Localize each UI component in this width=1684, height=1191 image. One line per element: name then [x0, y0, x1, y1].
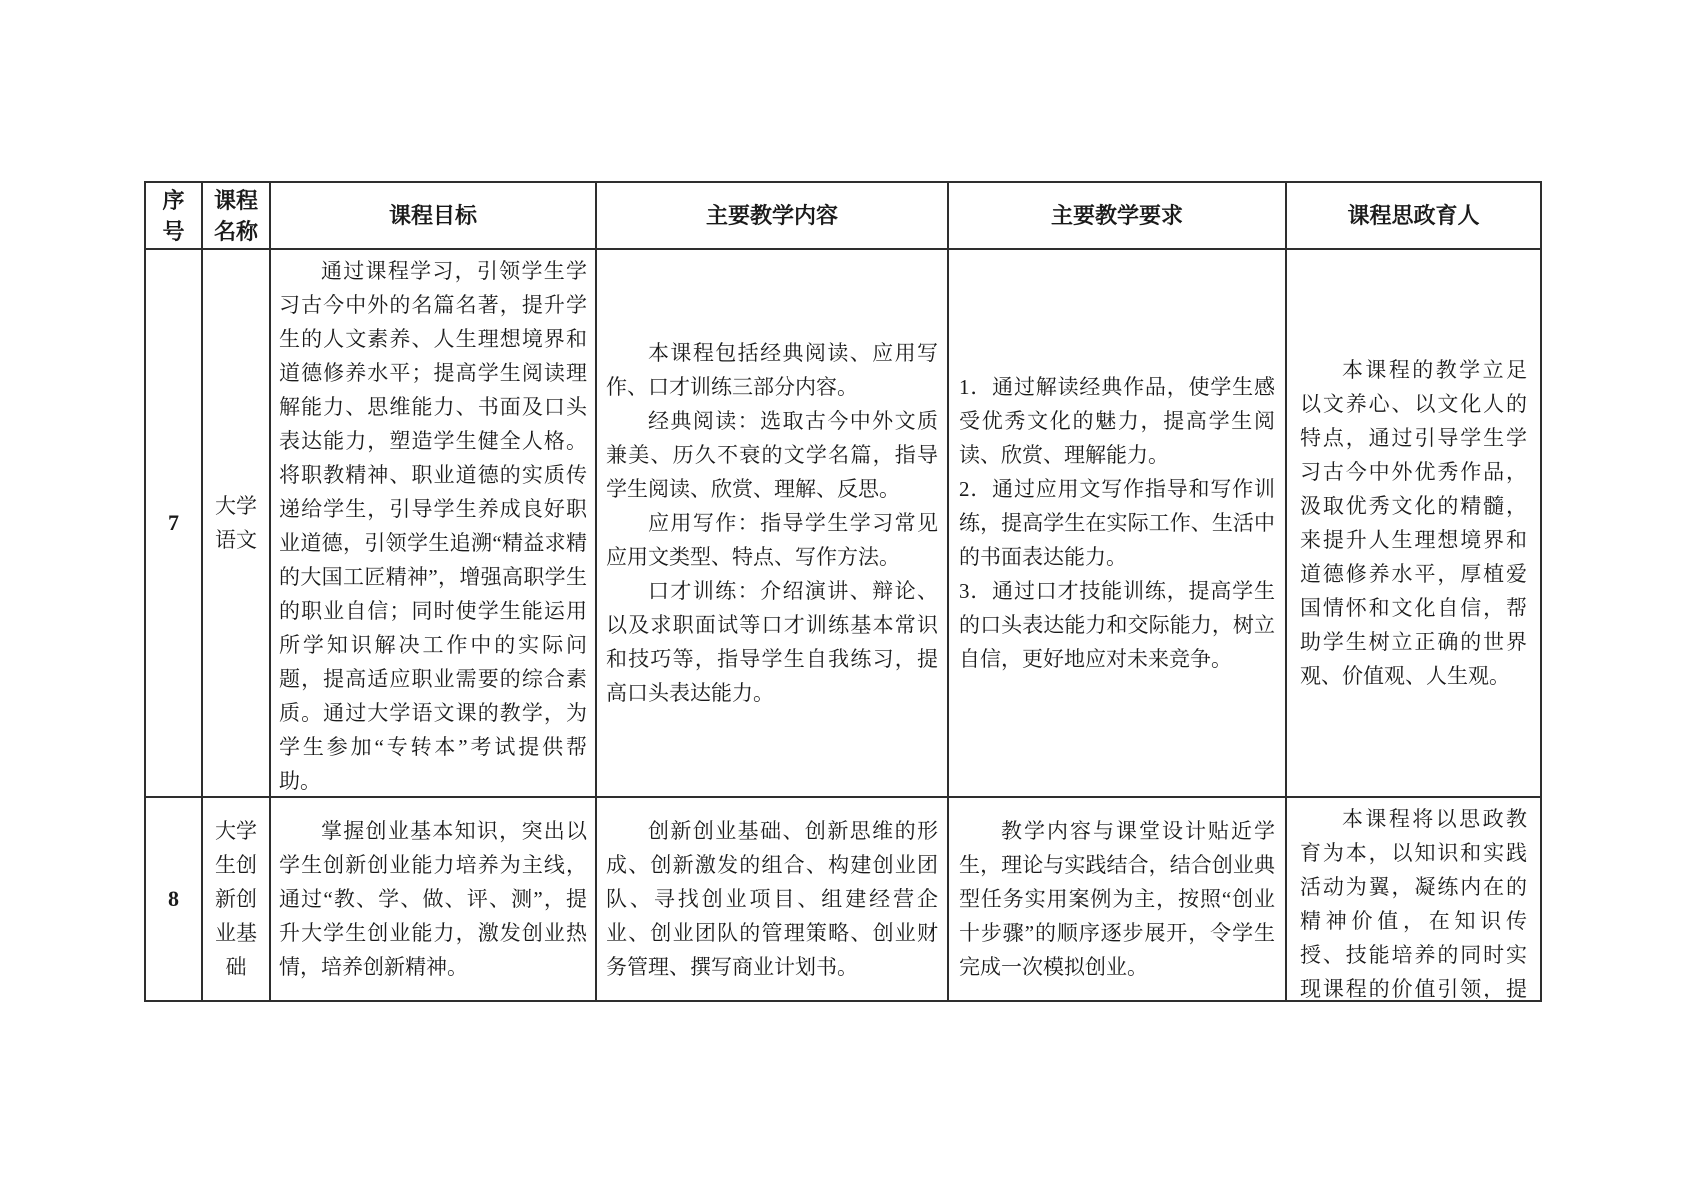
cell-goal-7: 通过课程学习，引领学生学习古今中外的名篇名著，提升学生的人文素养、人生理想境界和… — [270, 249, 596, 797]
ideology-paragraph: 本课程的教学立足以文养心、以文化人的特点，通过引导学生学习古今中外优秀作品，汲取… — [1300, 353, 1527, 693]
goal-paragraph: 掌握创业基本知识，突出以学生创新创业能力培养为主线，通过“教、学、做、评、测”，… — [279, 814, 587, 984]
content-paragraph: 本课程包括经典阅读、应用写作、口才训练三部分内容。 — [606, 336, 938, 404]
col-header-course-goal: 课程目标 — [270, 182, 596, 249]
course-name: 大学语文 — [203, 251, 269, 795]
col-header-ideology: 课程思政育人 — [1286, 182, 1541, 249]
requirement-item: 教学内容与课堂设计贴近学生，理论与实践结合，结合创业典型任务实用案例为主，按照“… — [959, 814, 1275, 984]
cell-content-7: 本课程包括经典阅读、应用写作、口才训练三部分内容。 经典阅读：选取古今中外文质兼… — [596, 249, 948, 797]
ideology-paragraph: 本课程将以思政教育为本，以知识和实践活动为翼，凝练内在的精神价值，在知识传授、技… — [1300, 802, 1527, 999]
cell-index-8: 8 — [145, 797, 202, 1001]
content-paragraph: 口才训练：介绍演讲、辩论、以及求职面试等口才训练基本常识和技巧等，指导学生自我练… — [606, 574, 938, 710]
cell-ideology-8: 本课程将以思政教育为本，以知识和实践活动为翼，凝练内在的精神价值，在知识传授、技… — [1286, 797, 1541, 1001]
content-paragraph: 应用写作：指导学生学习常见应用文类型、特点、写作方法。 — [606, 506, 938, 574]
cell-index-7: 7 — [145, 249, 202, 797]
requirement-item: 1．通过解读经典作品，使学生感受优秀文化的魅力，提高学生阅读、欣赏、理解能力。 — [959, 370, 1275, 472]
cell-goal-8: 掌握创业基本知识，突出以学生创新创业能力培养为主线，通过“教、学、做、评、测”，… — [270, 797, 596, 1001]
col-header-teaching-requirement: 主要教学要求 — [948, 182, 1286, 249]
content-paragraph: 经典阅读：选取古今中外文质兼美、历久不衰的文学名篇，指导学生阅读、欣赏、理解、反… — [606, 404, 938, 506]
goal-paragraph: 通过课程学习，引领学生学习古今中外的名篇名著，提升学生的人文素养、人生理想境界和… — [279, 254, 587, 795]
cell-name-7: 大学语文 — [202, 249, 270, 797]
cell-requirement-8: 教学内容与课堂设计贴近学生，理论与实践结合，结合创业典型任务实用案例为主，按照“… — [948, 797, 1286, 1001]
requirement-item: 3．通过口才技能训练，提高学生的口头表达能力和交际能力，树立自信，更好地应对未来… — [959, 574, 1275, 676]
syllabus-table: 序 号 课程 名称 课程目标 主要教学内容 主要教学要求 课程思政育人 7 大学… — [144, 181, 1542, 1002]
table-row-course-7: 7 大学语文 通过课程学习，引领学生学习古今中外的名篇名著，提升学生的人文素养、… — [145, 249, 1541, 797]
course-number: 8 — [146, 799, 201, 999]
course-name: 大学生创新创业基础 — [203, 799, 269, 999]
col-header-course-name: 课程 名称 — [202, 182, 270, 249]
cell-content-8: 创新创业基础、创新思维的形成、创新激发的组合、构建创业团队、寻找创业项目、组建经… — [596, 797, 948, 1001]
content-paragraph: 创新创业基础、创新思维的形成、创新激发的组合、构建创业团队、寻找创业项目、组建经… — [606, 814, 938, 984]
header-row: 序 号 课程 名称 课程目标 主要教学内容 主要教学要求 课程思政育人 — [145, 182, 1541, 249]
table-row-course-8: 8 大学生创新创业基础 掌握创业基本知识，突出以学生创新创业能力培养为主线，通过… — [145, 797, 1541, 1001]
requirement-item: 2．通过应用文写作指导和写作训练，提高学生在实际工作、生活中的书面表达能力。 — [959, 472, 1275, 574]
cell-name-8: 大学生创新创业基础 — [202, 797, 270, 1001]
cell-requirement-7: 1．通过解读经典作品，使学生感受优秀文化的魅力，提高学生阅读、欣赏、理解能力。 … — [948, 249, 1286, 797]
document-page: 序 号 课程 名称 课程目标 主要教学内容 主要教学要求 课程思政育人 7 大学… — [0, 0, 1684, 1191]
course-number: 7 — [146, 251, 201, 795]
col-header-index: 序 号 — [145, 182, 202, 249]
col-header-teaching-content: 主要教学内容 — [596, 182, 948, 249]
cell-ideology-7: 本课程的教学立足以文养心、以文化人的特点，通过引导学生学习古今中外优秀作品，汲取… — [1286, 249, 1541, 797]
